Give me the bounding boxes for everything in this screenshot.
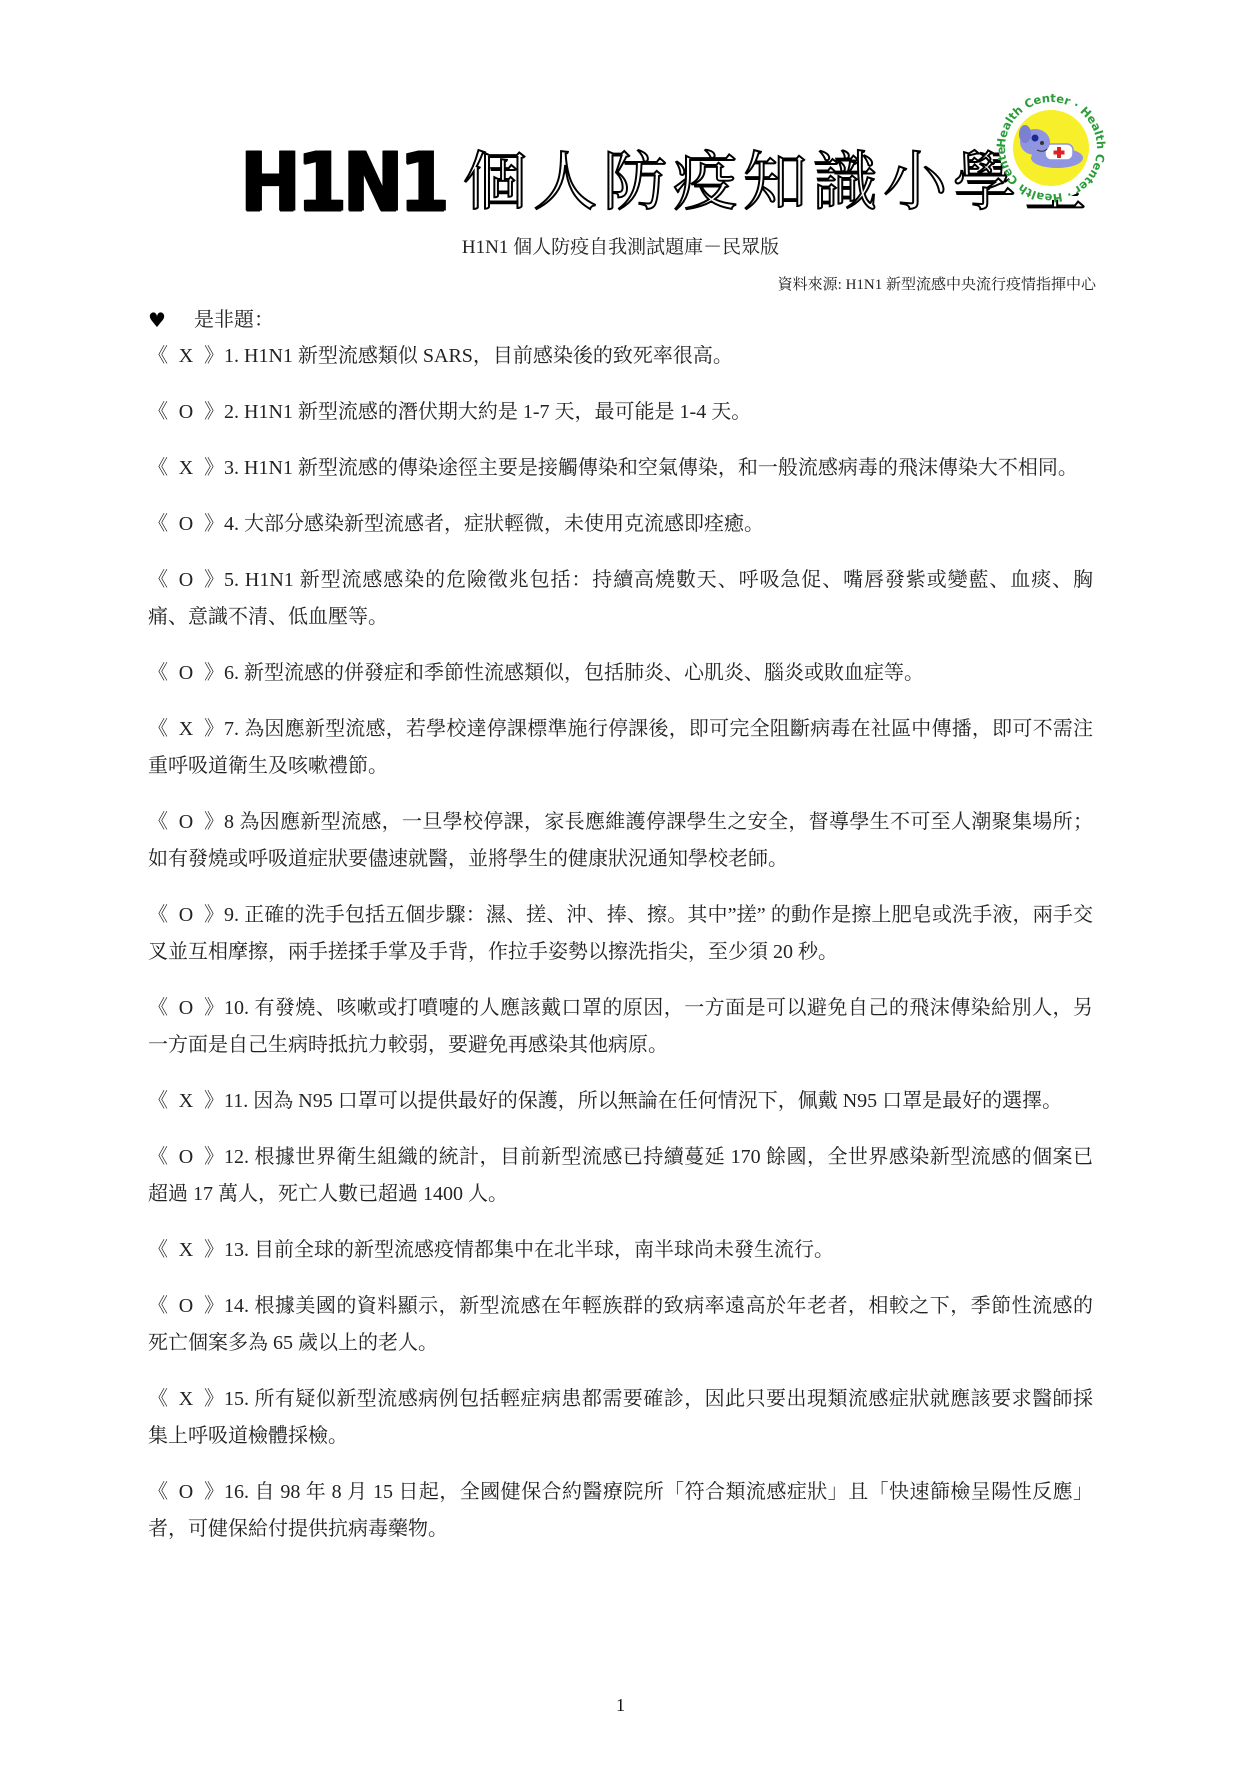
answer-value: X	[168, 338, 204, 375]
source-attribution: 資料來源: H1N1 新型流感中央流行疫情指揮中心	[778, 273, 1096, 294]
question-text: 15. 所有疑似新型流感病例包括輕症病患都需要確診，因此只要出現類流感症狀就應該…	[148, 1388, 1093, 1447]
bracket-close: 》	[204, 1388, 224, 1410]
heart-icon: ♥	[148, 302, 168, 339]
question-text: 7. 為因應新型流感，若學校達停課標準施行停課後，即可完全阻斷病毒在社區中傳播，…	[148, 718, 1093, 777]
bracket-open: 《	[148, 997, 168, 1019]
answer-value: X	[168, 450, 204, 487]
question-text: 9. 正確的洗手包括五個步驟：濕、搓、沖、捧、擦。其中”搓” 的動作是擦上肥皂或…	[148, 904, 1093, 963]
bracket-close: 》	[204, 345, 224, 367]
question-item: 《O》14. 根據美國的資料顯示，新型流感在年輕族群的致病率遠高於年老者，相較之…	[148, 1288, 1093, 1362]
answer-value: X	[168, 1381, 204, 1418]
question-item: 《O》2. H1N1 新型流感的潛伏期大約是 1-7 天，最可能是 1-4 天。	[148, 394, 1093, 431]
answer-mark: 《O》	[148, 1288, 224, 1325]
answer-mark: 《O》	[148, 1139, 224, 1176]
question-text: 3. H1N1 新型流感的傳染途徑主要是接觸傳染和空氣傳染，和一般流感病毒的飛沫…	[224, 457, 1078, 479]
question-item: 《X》7. 為因應新型流感，若學校達停課標準施行停課後，即可完全阻斷病毒在社區中…	[148, 711, 1093, 785]
answer-mark: 《X》	[148, 1381, 224, 1418]
document-page: H1N1 個人防疫知識小學堂 Health Center · Health Ce…	[0, 0, 1241, 1766]
title-h1n1: H1N1	[240, 142, 445, 224]
bracket-close: 》	[204, 1295, 224, 1317]
answer-value: X	[168, 1083, 204, 1120]
answer-mark: 《O》	[148, 506, 224, 543]
bracket-close: 》	[204, 997, 224, 1019]
bracket-open: 《	[148, 1090, 168, 1112]
bracket-close: 》	[204, 513, 224, 535]
bracket-close: 》	[204, 718, 224, 740]
question-text: 16. 自 98 年 8 月 15 日起，全國健保合約醫療院所「符合類流感症狀」…	[148, 1481, 1093, 1540]
answer-mark: 《O》	[148, 562, 224, 599]
answer-value: O	[168, 655, 204, 692]
bracket-close: 》	[204, 1239, 224, 1261]
answer-value: X	[168, 1232, 204, 1269]
bracket-close: 》	[204, 1146, 224, 1168]
bracket-open: 《	[148, 718, 168, 740]
answer-mark: 《O》	[148, 394, 224, 431]
question-list: 《X》1. H1N1 新型流感類似 SARS，目前感染後的致死率很高。《O》2.…	[148, 338, 1093, 1548]
bracket-open: 《	[148, 345, 168, 367]
question-text: 1. H1N1 新型流感類似 SARS，目前感染後的致死率很高。	[224, 345, 733, 367]
answer-mark: 《O》	[148, 1474, 224, 1511]
question-text: 12. 根據世界衛生組織的統計，目前新型流感已持續蔓延 170 餘國，全世界感染…	[148, 1146, 1093, 1205]
answer-value: O	[168, 804, 204, 841]
question-text: 14. 根據美國的資料顯示，新型流感在年輕族群的致病率遠高於年老者，相較之下，季…	[148, 1295, 1093, 1354]
answer-mark: 《O》	[148, 655, 224, 692]
bracket-open: 《	[148, 401, 168, 423]
answer-value: X	[168, 711, 204, 748]
bracket-open: 《	[148, 569, 168, 591]
answer-mark: 《X》	[148, 711, 224, 748]
answer-mark: 《X》	[148, 338, 224, 375]
answer-mark: 《O》	[148, 804, 224, 841]
bracket-open: 《	[148, 513, 168, 535]
section-heading: ♥ 是非題：	[148, 302, 1093, 338]
bracket-close: 》	[204, 904, 224, 926]
bracket-open: 《	[148, 1388, 168, 1410]
health-center-logo: Health Center · Health Center · Health C…	[995, 92, 1107, 204]
question-item: 《O》6. 新型流感的併發症和季節性流感類似，包括肺炎、心肌炎、腦炎或敗血症等。	[148, 655, 1093, 692]
question-text: 4. 大部分感染新型流感者，症狀輕微，未使用克流感即痊癒。	[224, 513, 764, 535]
quiz-content: ♥ 是非題： 《X》1. H1N1 新型流感類似 SARS，目前感染後的致死率很…	[148, 302, 1093, 1548]
bracket-close: 》	[204, 569, 224, 591]
question-item: 《O》4. 大部分感染新型流感者，症狀輕微，未使用克流感即痊癒。	[148, 506, 1093, 543]
bracket-open: 《	[148, 1295, 168, 1317]
answer-mark: 《O》	[148, 990, 224, 1027]
answer-value: O	[168, 897, 204, 934]
bracket-close: 》	[204, 1481, 224, 1503]
question-item: 《O》10. 有發燒、咳嗽或打噴嚏的人應該戴口罩的原因，一方面是可以避免自己的飛…	[148, 990, 1093, 1064]
page-number: 1	[0, 1695, 1241, 1716]
question-text: 8 為因應新型流感，一旦學校停課，家長應維護停課學生之安全，督導學生不可至人潮聚…	[148, 811, 1093, 870]
bracket-open: 《	[148, 1481, 168, 1503]
question-text: 5. H1N1 新型流感感染的危險徵兆包括：持續高燒數天、呼吸急促、嘴唇發紫或變…	[148, 569, 1093, 628]
bracket-open: 《	[148, 811, 168, 833]
dog-nurse-icon: Health Center · Health Center · Health C…	[995, 92, 1107, 204]
question-item: 《O》16. 自 98 年 8 月 15 日起，全國健保合約醫療院所「符合類流感…	[148, 1474, 1093, 1548]
document-subtitle: H1N1 個人防疫自我測試題庫－民眾版	[0, 232, 1241, 259]
question-item: 《X》11. 因為 N95 口罩可以提供最好的保護，所以無論在任何情況下，佩戴 …	[148, 1083, 1093, 1120]
bracket-open: 《	[148, 457, 168, 479]
question-item: 《O》8 為因應新型流感，一旦學校停課，家長應維護停課學生之安全，督導學生不可至…	[148, 804, 1093, 878]
question-item: 《O》5. H1N1 新型流感感染的危險徵兆包括：持續高燒數天、呼吸急促、嘴唇發…	[148, 562, 1093, 636]
answer-mark: 《X》	[148, 450, 224, 487]
question-item: 《O》9. 正確的洗手包括五個步驟：濕、搓、沖、捧、擦。其中”搓” 的動作是擦上…	[148, 897, 1093, 971]
answer-mark: 《X》	[148, 1232, 224, 1269]
answer-value: O	[168, 1288, 204, 1325]
question-item: 《O》12. 根據世界衛生組織的統計，目前新型流感已持續蔓延 170 餘國，全世…	[148, 1139, 1093, 1213]
answer-mark: 《X》	[148, 1083, 224, 1120]
question-item: 《X》1. H1N1 新型流感類似 SARS，目前感染後的致死率很高。	[148, 338, 1093, 375]
bracket-open: 《	[148, 1239, 168, 1261]
answer-value: O	[168, 1139, 204, 1176]
bracket-open: 《	[148, 662, 168, 684]
answer-value: O	[168, 562, 204, 599]
bracket-close: 》	[204, 457, 224, 479]
bracket-close: 》	[204, 662, 224, 684]
question-text: 11. 因為 N95 口罩可以提供最好的保護，所以無論在任何情況下，佩戴 N95…	[224, 1090, 1062, 1112]
answer-value: O	[168, 990, 204, 1027]
section-title: 是非題：	[194, 302, 274, 339]
bracket-open: 《	[148, 1146, 168, 1168]
bracket-open: 《	[148, 904, 168, 926]
bracket-close: 》	[204, 811, 224, 833]
question-item: 《X》15. 所有疑似新型流感病例包括輕症病患都需要確診，因此只要出現類流感症狀…	[148, 1381, 1093, 1455]
question-text: 13. 目前全球的新型流感疫情都集中在北半球，南半球尚未發生流行。	[224, 1239, 834, 1261]
question-item: 《X》13. 目前全球的新型流感疫情都集中在北半球，南半球尚未發生流行。	[148, 1232, 1093, 1269]
answer-mark: 《O》	[148, 897, 224, 934]
question-item: 《X》3. H1N1 新型流感的傳染途徑主要是接觸傳染和空氣傳染，和一般流感病毒…	[148, 450, 1093, 487]
answer-value: O	[168, 506, 204, 543]
bracket-close: 》	[204, 401, 224, 423]
question-text: 10. 有發燒、咳嗽或打噴嚏的人應該戴口罩的原因，一方面是可以避免自己的飛沫傳染…	[148, 997, 1093, 1056]
question-text: 6. 新型流感的併發症和季節性流感類似，包括肺炎、心肌炎、腦炎或敗血症等。	[224, 662, 924, 684]
answer-value: O	[168, 394, 204, 431]
document-title: H1N1 個人防疫知識小學堂	[240, 140, 1093, 225]
bracket-close: 》	[204, 1090, 224, 1112]
answer-value: O	[168, 1474, 204, 1511]
question-text: 2. H1N1 新型流感的潛伏期大約是 1-7 天，最可能是 1-4 天。	[224, 401, 751, 423]
